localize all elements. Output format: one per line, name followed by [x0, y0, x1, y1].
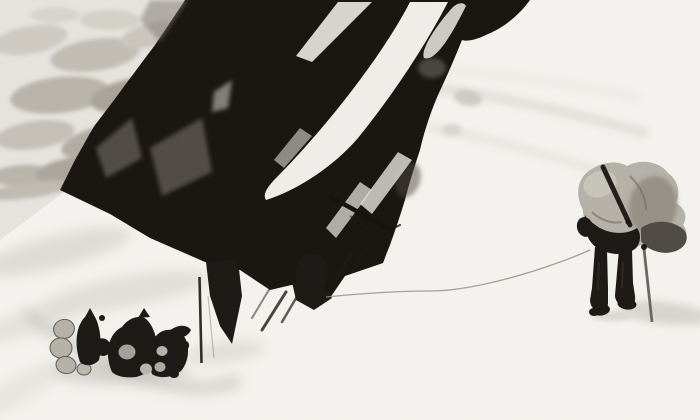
- photo-frame: [0, 0, 700, 420]
- film-grain-light: [0, 0, 700, 420]
- expedition-photograph: [0, 0, 700, 420]
